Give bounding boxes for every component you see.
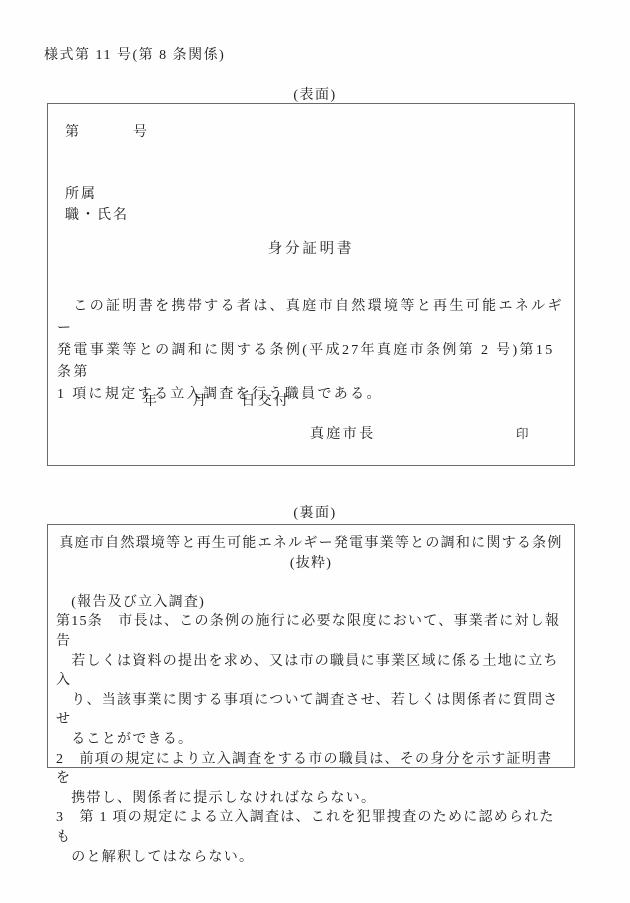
excerpt-label: (抜粋) — [56, 554, 566, 574]
seal-stamp-mark: 印 — [516, 424, 529, 442]
certificate-title: 身分証明書 — [48, 237, 574, 258]
certificate-number-suffix: 号 — [133, 125, 147, 140]
certificate-body-line: 1 項に規定する立入調査を行う職員である。 — [57, 384, 569, 406]
id-card-front: 第号 所属 職・氏名 身分証明書 この証明書を携帯する者は、真庭市自然環境等と再… — [47, 103, 575, 466]
ordinance-excerpt: 真庭市自然環境等と再生可能エネルギー発電事業等との調和に関する条例 (抜粋) (… — [56, 534, 566, 867]
article15-line: 若しくは資料の提出を求め、又は市の職員に事業区域に係る土地に立ち入 — [56, 652, 566, 691]
id-card-back: 真庭市自然環境等と再生可能エネルギー発電事業等との調和に関する条例 (抜粋) (… — [47, 524, 575, 768]
certificate-body-line: この証明書を携帯する者は、真庭市自然環境等と再生可能エネルギー — [57, 296, 569, 340]
clause2-line: 2 前項の規定により立入調査をする市の職員は、その身分を示す証明書を — [56, 750, 566, 789]
ordinance-title: 真庭市自然環境等と再生可能エネルギー発電事業等との調和に関する条例 — [56, 534, 566, 554]
clause3-line: 3 第 1 項の規定による立入調査は、これを犯罪捜査のために認められたも — [56, 808, 566, 847]
section-heading: (報告及び立入調査) — [56, 593, 566, 613]
article15-line: り、当該事業に関する事項について調査させ、若しくは関係者に質問させ — [56, 691, 566, 730]
article15-line: ることができる。 — [56, 730, 566, 750]
document-page: 様式第 11 号(第 8 条関係) (表面) 第号 所属 職・氏名 身分証明書 … — [0, 0, 630, 903]
certificate-number-row: 第号 — [65, 121, 147, 141]
front-side-label: (表面) — [0, 84, 630, 104]
clause3-line: のと解釈してはならない。 — [56, 848, 566, 868]
back-side-label: (裏面) — [0, 502, 630, 522]
mayor-signature-label: 真庭市長 — [310, 423, 376, 443]
form-number-label: 様式第 11 号(第 8 条関係) — [44, 44, 225, 64]
affiliation-label: 所属 — [65, 183, 97, 203]
certificate-body-line: 発電事業等との調和に関する条例(平成27年真庭市条例第 2 号)第15条第 — [57, 340, 569, 384]
article15-line: 第15条 市長は、この条例の施行に必要な限度において、事業者に対し報告 — [56, 612, 566, 651]
certificate-body: この証明書を携帯する者は、真庭市自然環境等と再生可能エネルギー 発電事業等との調… — [57, 296, 569, 406]
certificate-number-prefix: 第 — [65, 125, 79, 140]
clause2-line: 携帯し、関係者に提示しなければならない。 — [56, 789, 566, 809]
blank-line — [56, 573, 566, 593]
position-name-label: 職・氏名 — [65, 204, 129, 224]
issue-date-row: 年 月 日交付 — [143, 390, 291, 410]
